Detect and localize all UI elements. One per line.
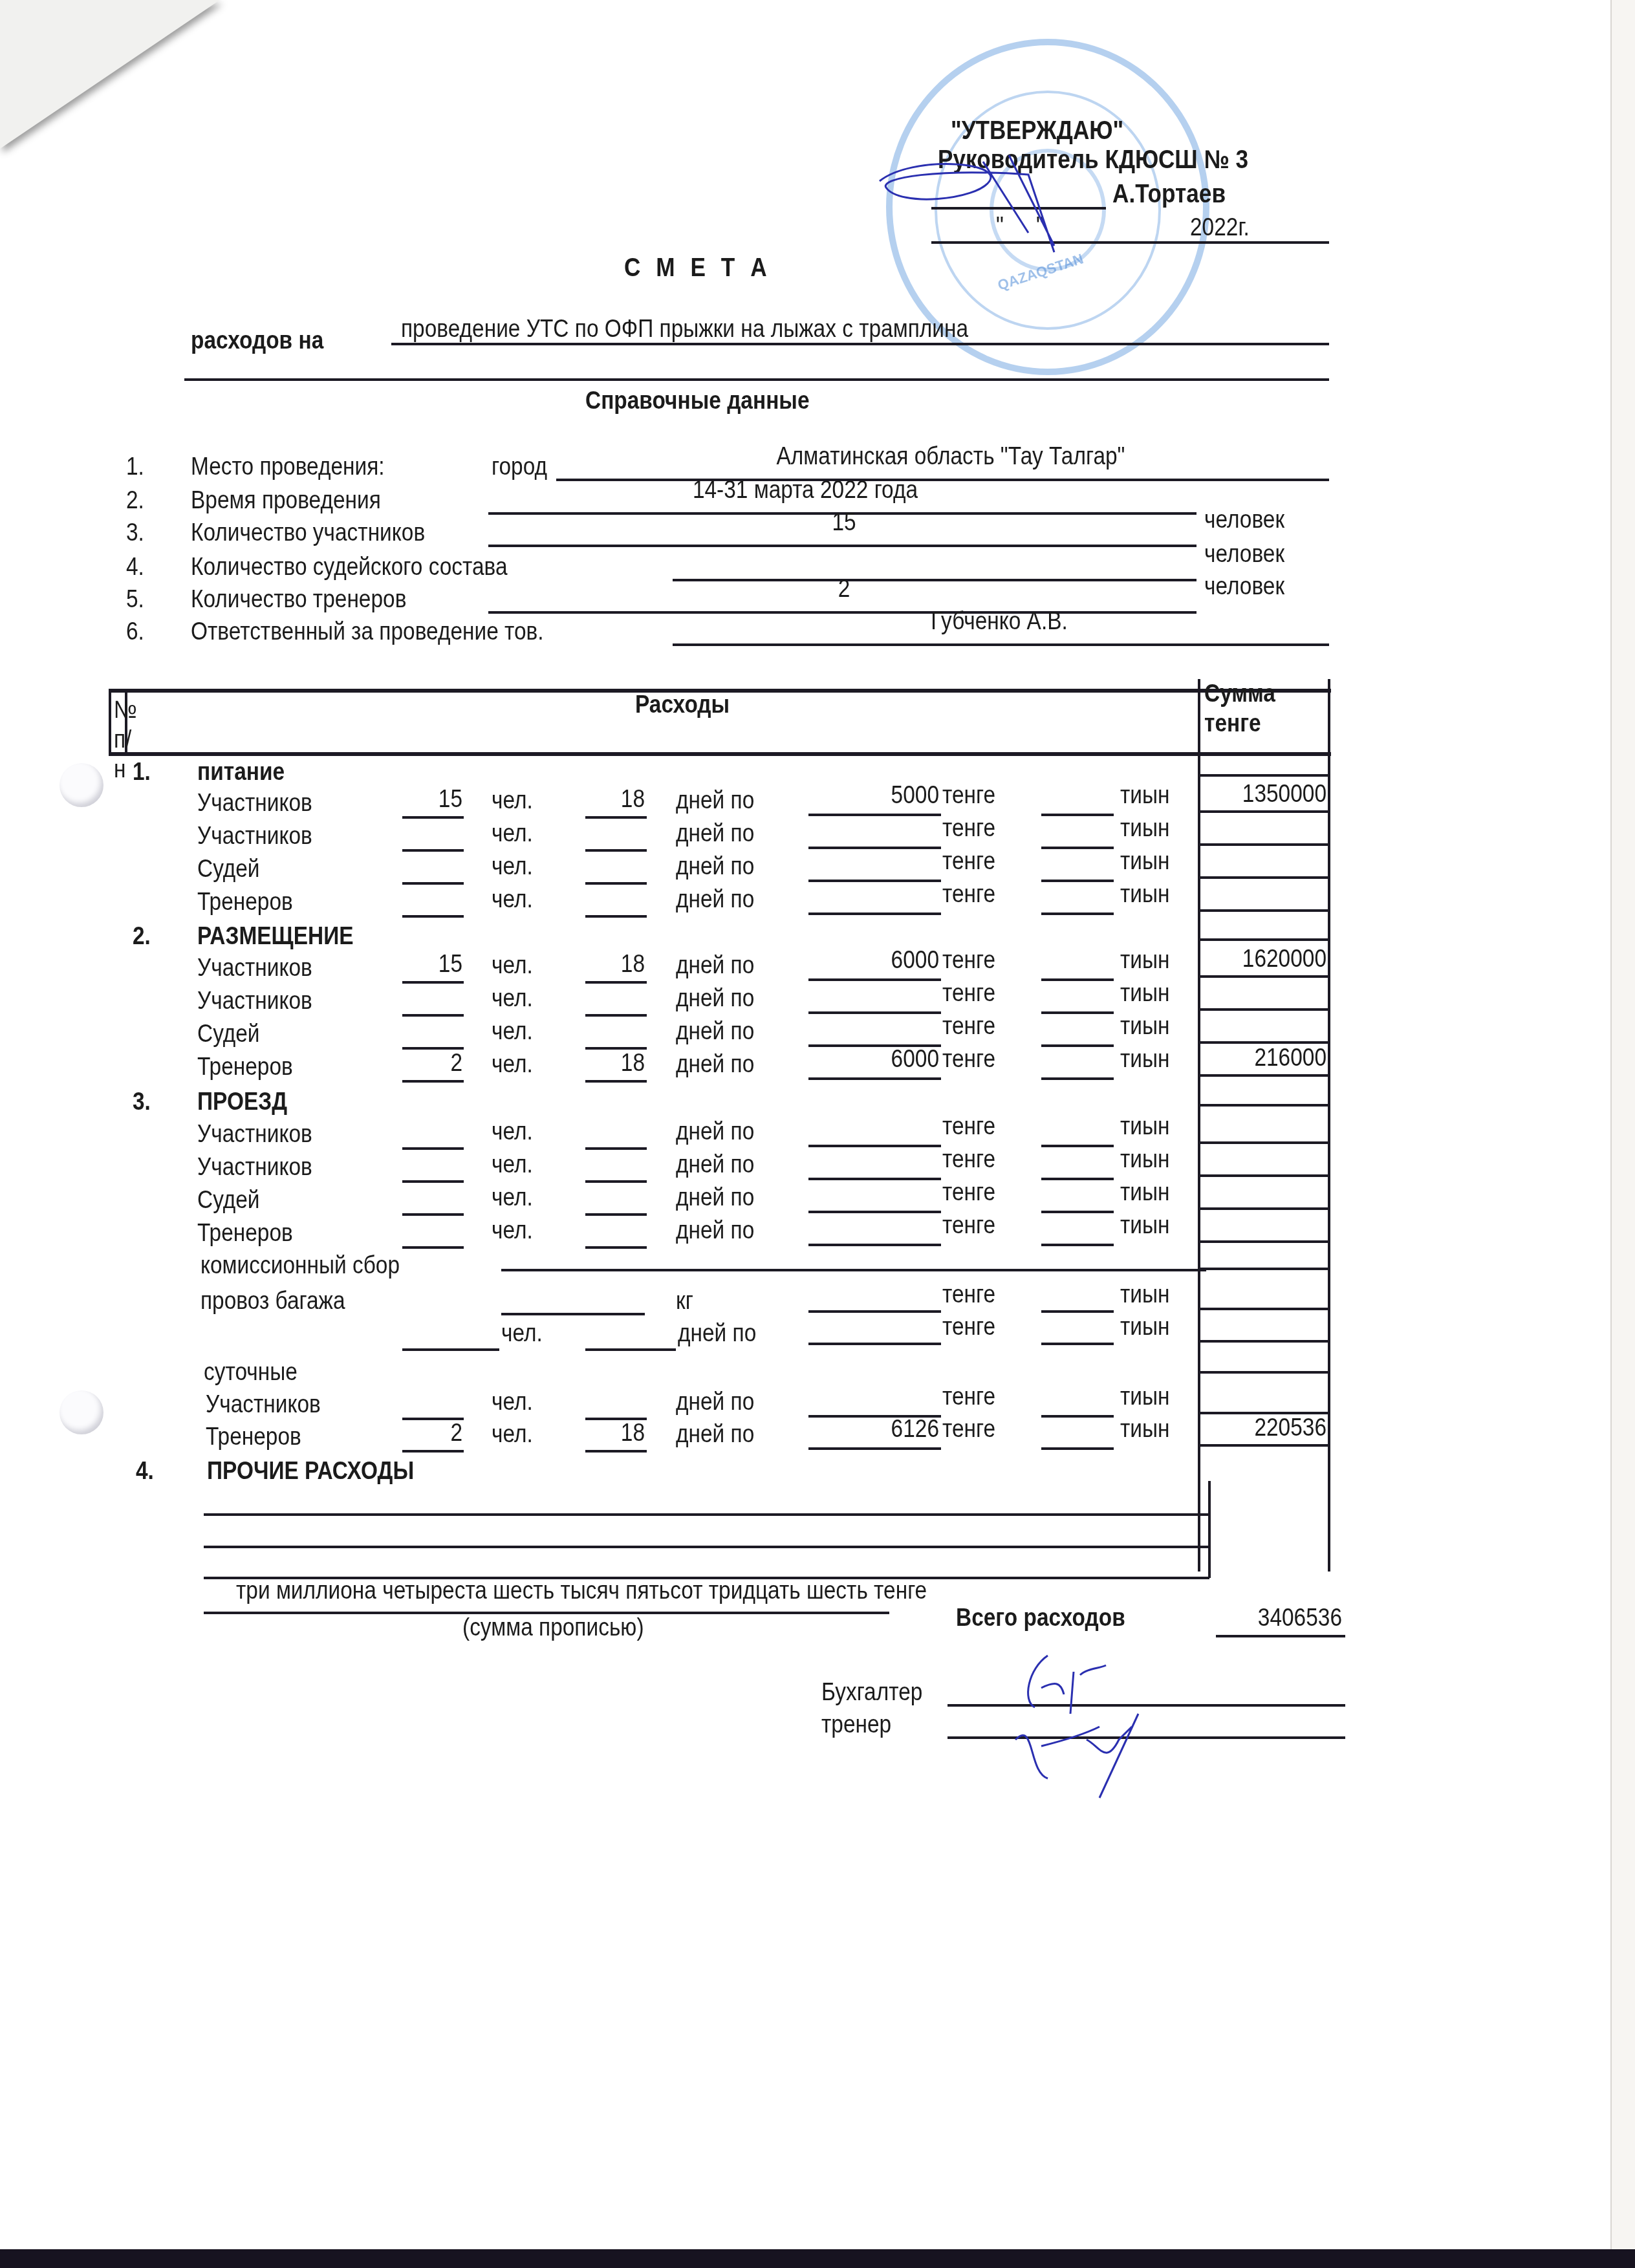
people-blank <box>402 1450 464 1453</box>
approval-year: 2022г. <box>1190 213 1250 242</box>
section-number: 4. <box>136 1457 154 1485</box>
sum-cell-divider <box>1200 843 1329 846</box>
people-unit: чел. <box>492 852 533 881</box>
reference-item-label: Количество участников <box>191 519 425 547</box>
reference-item-extra: город <box>492 453 547 481</box>
document-title: С М Е Т А <box>624 254 772 282</box>
baggage-label: провоз багажа <box>200 1287 345 1315</box>
total-in-words-caption: (сумма прописью) <box>462 1614 644 1642</box>
days-unit: дней по <box>676 1420 754 1449</box>
tiyn-unit: тиын <box>1120 1012 1170 1041</box>
table-left-border <box>109 689 111 756</box>
director-signature <box>860 142 1119 259</box>
rate-unit: тенге <box>942 1383 995 1411</box>
days-blank <box>585 816 647 819</box>
tiyn-blank <box>1041 1447 1114 1450</box>
people-blank <box>402 981 464 984</box>
people-value: 2 <box>374 1419 462 1447</box>
tiyn-unit: тиын <box>1120 880 1170 909</box>
people-blank <box>402 1180 464 1183</box>
sum-cell-divider <box>1200 1268 1329 1270</box>
days-value: 18 <box>556 785 645 814</box>
people-unit: чел. <box>501 1319 543 1348</box>
baggage-kg-blank <box>501 1313 645 1315</box>
people-unit: чел. <box>492 1150 533 1179</box>
tiyn-unit: тиын <box>1120 1145 1170 1174</box>
people-blank <box>402 1080 464 1083</box>
rate-blank <box>808 1011 941 1014</box>
purpose-underline-2 <box>184 378 1329 381</box>
rate-unit: тенге <box>942 1415 995 1443</box>
sum-cell-divider <box>1200 1104 1329 1107</box>
section-number: 1. <box>133 758 151 786</box>
days-blank <box>585 1348 676 1351</box>
sum-cell-divider <box>1200 1141 1329 1144</box>
days-value: 18 <box>556 1419 645 1447</box>
sum-cell-divider <box>1200 975 1329 978</box>
tiyn-blank <box>1041 913 1114 915</box>
tiyn-unit: тиын <box>1120 979 1170 1008</box>
rate-blank <box>808 1077 941 1080</box>
other-expenses-line-2 <box>204 1546 1209 1548</box>
people-value: 15 <box>374 950 462 978</box>
table-header-bottom-border <box>109 752 1331 756</box>
people-blank <box>402 1348 499 1351</box>
reference-item-number: 2. <box>126 486 144 515</box>
days-value: 18 <box>556 1049 645 1077</box>
people-unit: чел. <box>492 1216 533 1245</box>
tiyn-unit: тиын <box>1120 946 1170 975</box>
days-unit: дней по <box>676 951 754 980</box>
rate-unit: тенге <box>942 946 995 975</box>
reference-item-value: 2 <box>616 575 1072 603</box>
days-unit: дней по <box>676 984 754 1013</box>
reference-item-label: Количество тренеров <box>191 585 406 614</box>
other-expenses-right-border <box>1208 1481 1211 1578</box>
rate-unit: тенге <box>942 1313 995 1341</box>
days-blank <box>585 915 647 918</box>
tiyn-unit: тиын <box>1120 1415 1170 1443</box>
reference-item-label: Время проведения <box>191 486 381 515</box>
reference-item-value: Губченко А.В. <box>772 607 1227 636</box>
tiyn-unit: тиын <box>1120 1383 1170 1411</box>
section-title: ПРОЧИЕ РАСХОДЫ <box>207 1457 414 1485</box>
reference-item-underline <box>673 643 1329 646</box>
reference-heading: Справочные данные <box>585 387 810 415</box>
tiyn-blank <box>1041 1044 1114 1047</box>
sum-cell-divider <box>1200 774 1329 777</box>
expense-row-label: Участников <box>197 987 312 1015</box>
people-value: 15 <box>374 785 462 814</box>
tiyn-blank <box>1041 978 1114 981</box>
expense-row-label: Участников <box>206 1390 321 1419</box>
sum-cell-divider <box>1200 1308 1329 1310</box>
reference-item-number: 1. <box>126 453 144 481</box>
rate-value: 6000 <box>824 1045 939 1074</box>
sum-value: 1620000 <box>1217 945 1326 973</box>
days-unit: дней по <box>676 1183 754 1212</box>
tiyn-blank <box>1041 1343 1114 1345</box>
kg-unit: кг <box>676 1287 693 1315</box>
people-blank <box>402 1213 464 1216</box>
tiyn-blank <box>1041 1178 1114 1180</box>
days-unit: дней по <box>676 1050 754 1079</box>
tiyn-unit: тиын <box>1120 1313 1170 1341</box>
sum-cell-divider <box>1200 1174 1329 1177</box>
expense-row-label: Тренеров <box>206 1423 301 1451</box>
rate-unit: тенге <box>942 1012 995 1041</box>
reference-item-underline <box>488 545 1196 547</box>
rate-blank <box>808 1343 941 1345</box>
purpose-label: расходов на <box>191 327 323 355</box>
days-blank <box>585 1180 647 1183</box>
punch-hole <box>60 1390 103 1434</box>
expense-row-label: Судей <box>197 855 260 883</box>
tiyn-blank <box>1041 1145 1114 1147</box>
reference-item-value: 14-31 марта 2022 года <box>578 476 1033 504</box>
rate-blank <box>808 978 941 981</box>
rate-blank <box>808 1244 941 1246</box>
tiyn-unit: тиын <box>1120 814 1170 843</box>
days-blank <box>585 1080 647 1083</box>
rate-unit: тенге <box>942 1178 995 1207</box>
reference-item-label: Место проведения: <box>191 453 385 481</box>
days-blank <box>585 1450 647 1453</box>
reference-item-unit: человек <box>1204 540 1284 568</box>
sum-cell-divider <box>1200 1074 1329 1077</box>
accountant-label: Бухгалтер <box>821 1678 922 1707</box>
reference-item-unit: человек <box>1204 506 1284 534</box>
scan-edge <box>1610 0 1635 2249</box>
people-blank <box>402 882 464 885</box>
days-unit: дней по <box>676 1216 754 1245</box>
rate-value: 6000 <box>824 946 939 975</box>
purpose-value: проведение УТС по ОФП прыжки на лыжах с … <box>401 315 968 343</box>
expense-row-label: Участников <box>197 1120 312 1149</box>
sum-cell-divider <box>1200 938 1329 941</box>
folded-corner <box>0 0 220 149</box>
other-expenses-line-1 <box>204 1513 1209 1516</box>
sum-value: 220536 <box>1217 1414 1326 1442</box>
tiyn-unit: тиын <box>1120 1211 1170 1240</box>
total-in-words: три миллиона четыреста шесть тысяч пятьс… <box>236 1577 927 1605</box>
rate-value: 6126 <box>824 1415 939 1443</box>
days-value: 18 <box>556 950 645 978</box>
expense-row-label: Тренеров <box>197 888 293 916</box>
expense-row-label: Участников <box>197 822 312 850</box>
sum-value: 1350000 <box>1217 780 1326 808</box>
commission-line <box>501 1269 1206 1271</box>
days-blank <box>585 1014 647 1017</box>
sum-cell-divider <box>1200 1240 1329 1243</box>
rate-unit: тенге <box>942 814 995 843</box>
days-blank <box>585 1213 647 1216</box>
reference-item-number: 3. <box>126 519 144 547</box>
purpose-underline <box>391 343 1329 345</box>
people-unit: чел. <box>492 1388 533 1416</box>
tiyn-unit: тиын <box>1120 1112 1170 1141</box>
sum-cell-divider <box>1200 1371 1329 1374</box>
people-blank <box>402 1246 464 1249</box>
scanner-background <box>0 2249 1635 2268</box>
days-unit: дней по <box>676 1388 754 1416</box>
total-underline <box>1216 1635 1345 1637</box>
baggage-tiyn: тиын <box>1120 1280 1170 1309</box>
people-unit: чел. <box>492 786 533 815</box>
rate-unit: тенге <box>942 1112 995 1141</box>
daily-label: суточные <box>204 1358 298 1387</box>
sum-value: 216000 <box>1217 1044 1326 1072</box>
sum-cell-divider <box>1200 810 1329 813</box>
baggage-tenge: тенге <box>942 1280 995 1309</box>
people-blank <box>402 1147 464 1150</box>
tiyn-blank <box>1041 1211 1114 1213</box>
expense-row-label: Участников <box>197 954 312 982</box>
approve-heading: "УТВЕРЖДАЮ" <box>951 116 1123 145</box>
days-unit: дней по <box>676 1150 754 1179</box>
tiyn-unit: тиын <box>1120 1045 1170 1074</box>
people-unit: чел. <box>492 1183 533 1212</box>
days-blank <box>585 849 647 852</box>
rate-unit: тенге <box>942 880 995 909</box>
days-unit: дней по <box>676 885 754 914</box>
days-blank <box>585 981 647 984</box>
days-unit: дней по <box>676 852 754 881</box>
people-unit: чел. <box>492 1420 533 1449</box>
tiyn-blank <box>1041 847 1114 849</box>
commission-label: комиссионный сбор <box>200 1251 400 1280</box>
tiyn-blank <box>1041 1415 1114 1418</box>
rate-value: 5000 <box>824 781 939 810</box>
baggage-tiyn-blank <box>1041 1310 1114 1313</box>
days-unit: дней по <box>676 786 754 815</box>
tiyn-blank <box>1041 880 1114 882</box>
section-title: питание <box>197 758 285 786</box>
sum-cell-divider <box>1200 876 1329 879</box>
days-unit: дней по <box>678 1319 756 1348</box>
rate-blank <box>808 1178 941 1180</box>
reference-item-number: 4. <box>126 553 144 581</box>
days-unit: дней по <box>676 819 754 848</box>
expense-row-label: Участников <box>197 789 312 817</box>
accountant-signature <box>1009 1643 1203 1798</box>
people-blank <box>402 1014 464 1017</box>
tiyn-blank <box>1041 814 1114 816</box>
reference-item-unit: человек <box>1204 572 1284 601</box>
people-unit: чел. <box>492 1050 533 1079</box>
expense-row-label: Тренеров <box>197 1053 293 1081</box>
rate-unit: тенге <box>942 1145 995 1174</box>
people-unit: чел. <box>492 1017 533 1046</box>
sum-cell-divider <box>1200 1340 1329 1343</box>
people-unit: чел. <box>492 951 533 980</box>
sum-cell-divider <box>1200 1207 1329 1210</box>
expense-row-label: Тренеров <box>197 1219 293 1247</box>
rate-unit: тенге <box>942 781 995 810</box>
section-title: РАЗМЕЩЕНИЕ <box>197 922 354 951</box>
rate-unit: тенге <box>942 847 995 876</box>
section-number: 3. <box>133 1088 151 1116</box>
rate-blank <box>808 814 941 816</box>
days-unit: дней по <box>676 1118 754 1146</box>
sum-cell-divider <box>1200 909 1329 912</box>
people-blank <box>402 915 464 918</box>
reference-item-label: Количество судейского состава <box>191 553 508 581</box>
tiyn-blank <box>1041 1011 1114 1014</box>
rate-unit: тенге <box>942 979 995 1008</box>
days-blank <box>585 1246 647 1249</box>
reference-item-value: 15 <box>616 508 1072 537</box>
coach-label: тренер <box>821 1711 891 1739</box>
tiyn-blank <box>1041 1077 1114 1080</box>
total-label: Всего расходов <box>956 1604 1125 1632</box>
reference-item-value: Алматинская область "Тау Талгар" <box>723 442 1178 471</box>
tiyn-unit: тиын <box>1120 847 1170 876</box>
sum-cell-divider <box>1200 1008 1329 1011</box>
tiyn-blank <box>1041 1244 1114 1246</box>
expense-row-label: Судей <box>197 1186 260 1215</box>
rate-blank <box>808 1145 941 1147</box>
tiyn-unit: тиын <box>1120 781 1170 810</box>
baggage-rate-blank <box>808 1310 941 1313</box>
people-blank <box>402 816 464 819</box>
sum-cell-divider <box>1200 1444 1329 1447</box>
rate-blank <box>808 913 941 915</box>
expense-row-label: Участников <box>197 1153 312 1182</box>
rate-blank <box>808 1447 941 1450</box>
expense-row-label: Судей <box>197 1020 260 1048</box>
header-expenses: Расходы <box>635 691 730 719</box>
people-blank <box>402 849 464 852</box>
people-unit: чел. <box>492 984 533 1013</box>
people-unit: чел. <box>492 819 533 848</box>
people-unit: чел. <box>492 885 533 914</box>
rate-blank <box>808 847 941 849</box>
rate-blank <box>808 880 941 882</box>
people-value: 2 <box>374 1049 462 1077</box>
reference-item-number: 5. <box>126 585 144 614</box>
reference-item-number: 6. <box>126 618 144 646</box>
header-sum: Сумма тенге <box>1204 679 1290 739</box>
rate-unit: тенге <box>942 1045 995 1074</box>
days-blank <box>585 882 647 885</box>
days-blank <box>585 1147 647 1150</box>
reference-item-label: Ответственный за проведение тов. <box>191 618 544 646</box>
sum-column-left-border <box>1198 679 1200 1571</box>
punch-hole <box>60 763 103 807</box>
sum-column-right-border <box>1328 679 1330 1571</box>
section-number: 2. <box>133 922 151 951</box>
rate-blank <box>808 1211 941 1213</box>
approver-name: А.Тортаев <box>1112 180 1226 208</box>
section-title: ПРОЕЗД <box>197 1088 287 1116</box>
tiyn-unit: тиын <box>1120 1178 1170 1207</box>
header-num: № п/н <box>114 695 125 784</box>
total-value: 3406536 <box>1231 1604 1342 1632</box>
people-unit: чел. <box>492 1118 533 1146</box>
days-unit: дней по <box>676 1017 754 1046</box>
rate-unit: тенге <box>942 1211 995 1240</box>
